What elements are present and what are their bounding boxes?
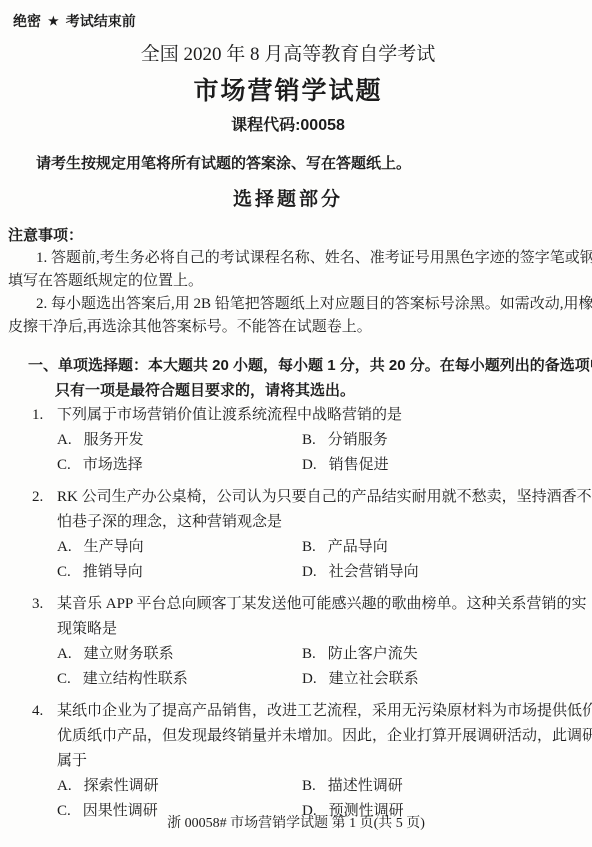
- option-a-text: 建立财务联系: [84, 646, 174, 662]
- question-1-option-b: B.分销服务: [302, 428, 568, 453]
- question-4-option-b: B.描述性调研: [302, 774, 568, 799]
- course-code: 课程代码:00058: [8, 114, 568, 138]
- question-1-stem-line-1: 下列属于市场营销价值让渡系统流程中战略营销的是: [57, 403, 568, 428]
- option-b-label: B.: [302, 428, 316, 453]
- question-3-stem-line-2: 现策略是: [57, 617, 568, 642]
- question-4: 4. 某纸巾企业为了提高产品销售，改进工艺流程，采用无污染原材料为市场提供低价 …: [8, 699, 568, 824]
- part1-heading-line-2: 只有一项是最符合题目要求的，请将其选出。: [8, 378, 568, 403]
- question-4-option-a: A.探索性调研: [57, 774, 302, 799]
- question-2-option-c: C.推销导向: [57, 560, 302, 585]
- option-d-label: D.: [302, 667, 317, 692]
- option-b-text: 产品导向: [328, 539, 388, 555]
- page-footer: 浙 00058# 市场营销学试题 第 1 页(共 5 页): [0, 814, 592, 834]
- question-3-option-a: A.建立财务联系: [57, 642, 302, 667]
- option-c-label: C.: [57, 667, 71, 692]
- note-2-line-2: 皮擦干净后,再选涂其他答案标号。不能答在试题卷上。: [8, 316, 568, 339]
- classification-note: 考试结束前: [66, 12, 136, 30]
- question-1: 1. 下列属于市场营销价值让渡系统流程中战略营销的是 A.服务开发 B.分销服务…: [8, 403, 568, 478]
- option-b-label: B.: [302, 642, 316, 667]
- question-1-options-row-1: A.服务开发 B.分销服务: [57, 428, 568, 453]
- option-b-label: B.: [302, 535, 316, 560]
- question-3-options-row-1: A.建立财务联系 B.防止客户流失: [57, 642, 568, 667]
- question-4-stem-line-2: 优质纸巾产品，但发现最终销量并未增加。因此，企业打算开展调研活动，此调研: [57, 724, 568, 749]
- question-1-options-row-2: C.市场选择 D.销售促进: [57, 453, 568, 478]
- option-d-text: 社会营销导向: [329, 564, 419, 580]
- option-c-label: C.: [57, 453, 71, 478]
- question-4-stem-line-1: 某纸巾企业为了提高产品销售，改进工艺流程，采用无污染原材料为市场提供低价: [57, 699, 568, 724]
- option-a-label: A.: [57, 428, 72, 453]
- question-2-option-b: B.产品导向: [302, 535, 568, 560]
- notes-heading: 注意事项：: [8, 224, 568, 247]
- option-d-label: D.: [302, 560, 317, 585]
- exam-paper-page: 绝密 ★ 考试结束前 全国 2020 年 8 月高等教育自学考试 市场营销学试题…: [0, 0, 592, 847]
- question-2-options-row-2: C.推销导向 D.社会营销导向: [57, 560, 568, 585]
- option-d-text: 销售促进: [329, 457, 389, 473]
- option-b-text: 分销服务: [328, 432, 388, 448]
- classification-banner: 绝密 ★ 考试结束前: [13, 12, 568, 30]
- question-2-option-a: A.生产导向: [57, 535, 302, 560]
- question-1-option-c: C.市场选择: [57, 453, 302, 478]
- question-2-number: 2.: [32, 485, 43, 510]
- question-3-number: 3.: [32, 592, 43, 617]
- question-3-option-c: C.建立结构性联系: [57, 667, 302, 692]
- section-title: 选择题部分: [8, 186, 568, 214]
- option-a-label: A.: [57, 535, 72, 560]
- question-4-options-row-1: A.探索性调研 B.描述性调研: [57, 774, 568, 799]
- option-a-text: 探索性调研: [84, 778, 159, 794]
- note-1-line-1: 1. 答题前,考生务必将自己的考试课程名称、姓名、准考证号用黑色字迹的签字笔或钢…: [8, 247, 568, 270]
- question-3-option-b: B.防止客户流失: [302, 642, 568, 667]
- exam-session-title: 全国 2020 年 8 月高等教育自学考试: [8, 42, 568, 68]
- answer-sheet-instruction: 请考生按规定用笔将所有试题的答案涂、写在答题纸上。: [8, 152, 568, 176]
- option-c-text: 推销导向: [83, 564, 143, 580]
- option-a-text: 服务开发: [84, 432, 144, 448]
- question-2: 2. RK 公司生产办公桌椅，公司认为只要自己的产品结实耐用就不愁卖，坚持酒香不…: [8, 485, 568, 585]
- option-b-text: 描述性调研: [328, 778, 403, 794]
- question-3-options-row-2: C.建立结构性联系 D.建立社会联系: [57, 667, 568, 692]
- option-b-text: 防止客户流失: [328, 646, 418, 662]
- part1-heading-line-1: 一、单项选择题：本大题共 20 小题，每小题 1 分，共 20 分。在每小题列出…: [8, 353, 568, 378]
- star-icon: ★: [48, 12, 59, 30]
- option-a-label: A.: [57, 642, 72, 667]
- option-b-label: B.: [302, 774, 316, 799]
- question-1-option-a: A.服务开发: [57, 428, 302, 453]
- question-2-stem-line-2: 怕巷子深的理念，这种营销观念是: [57, 510, 568, 535]
- classification-level: 绝密: [13, 12, 41, 30]
- question-4-number: 4.: [32, 699, 43, 724]
- part1-heading: 一、单项选择题：本大题共 20 小题，每小题 1 分，共 20 分。在每小题列出…: [8, 353, 568, 403]
- question-2-stem-line-1: RK 公司生产办公桌椅，公司认为只要自己的产品结实耐用就不愁卖，坚持酒香不: [57, 485, 568, 510]
- option-c-label: C.: [57, 560, 71, 585]
- question-1-number: 1.: [32, 403, 43, 428]
- question-4-stem-line-3: 属于: [57, 749, 568, 774]
- note-1-line-2: 填写在答题纸规定的位置上。: [8, 270, 568, 293]
- question-3-option-d: D.建立社会联系: [302, 667, 568, 692]
- note-2-line-1: 2. 每小题选出答案后,用 2B 铅笔把答题纸上对应题目的答案标号涂黑。如需改动…: [8, 293, 568, 316]
- exam-subject-title: 市场营销学试题: [8, 74, 568, 108]
- option-c-text: 建立结构性联系: [83, 671, 188, 687]
- question-3: 3. 某音乐 APP 平台总向顾客丁某发送他可能感兴趣的歌曲榜单。这种关系营销的…: [8, 592, 568, 692]
- option-c-text: 市场选择: [83, 457, 143, 473]
- option-a-text: 生产导向: [84, 539, 144, 555]
- question-1-option-d: D.销售促进: [302, 453, 568, 478]
- question-2-options-row-1: A.生产导向 B.产品导向: [57, 535, 568, 560]
- option-d-label: D.: [302, 453, 317, 478]
- option-d-text: 建立社会联系: [329, 671, 419, 687]
- question-2-option-d: D.社会营销导向: [302, 560, 568, 585]
- question-3-stem-line-1: 某音乐 APP 平台总向顾客丁某发送他可能感兴趣的歌曲榜单。这种关系营销的实: [57, 592, 568, 617]
- option-a-label: A.: [57, 774, 72, 799]
